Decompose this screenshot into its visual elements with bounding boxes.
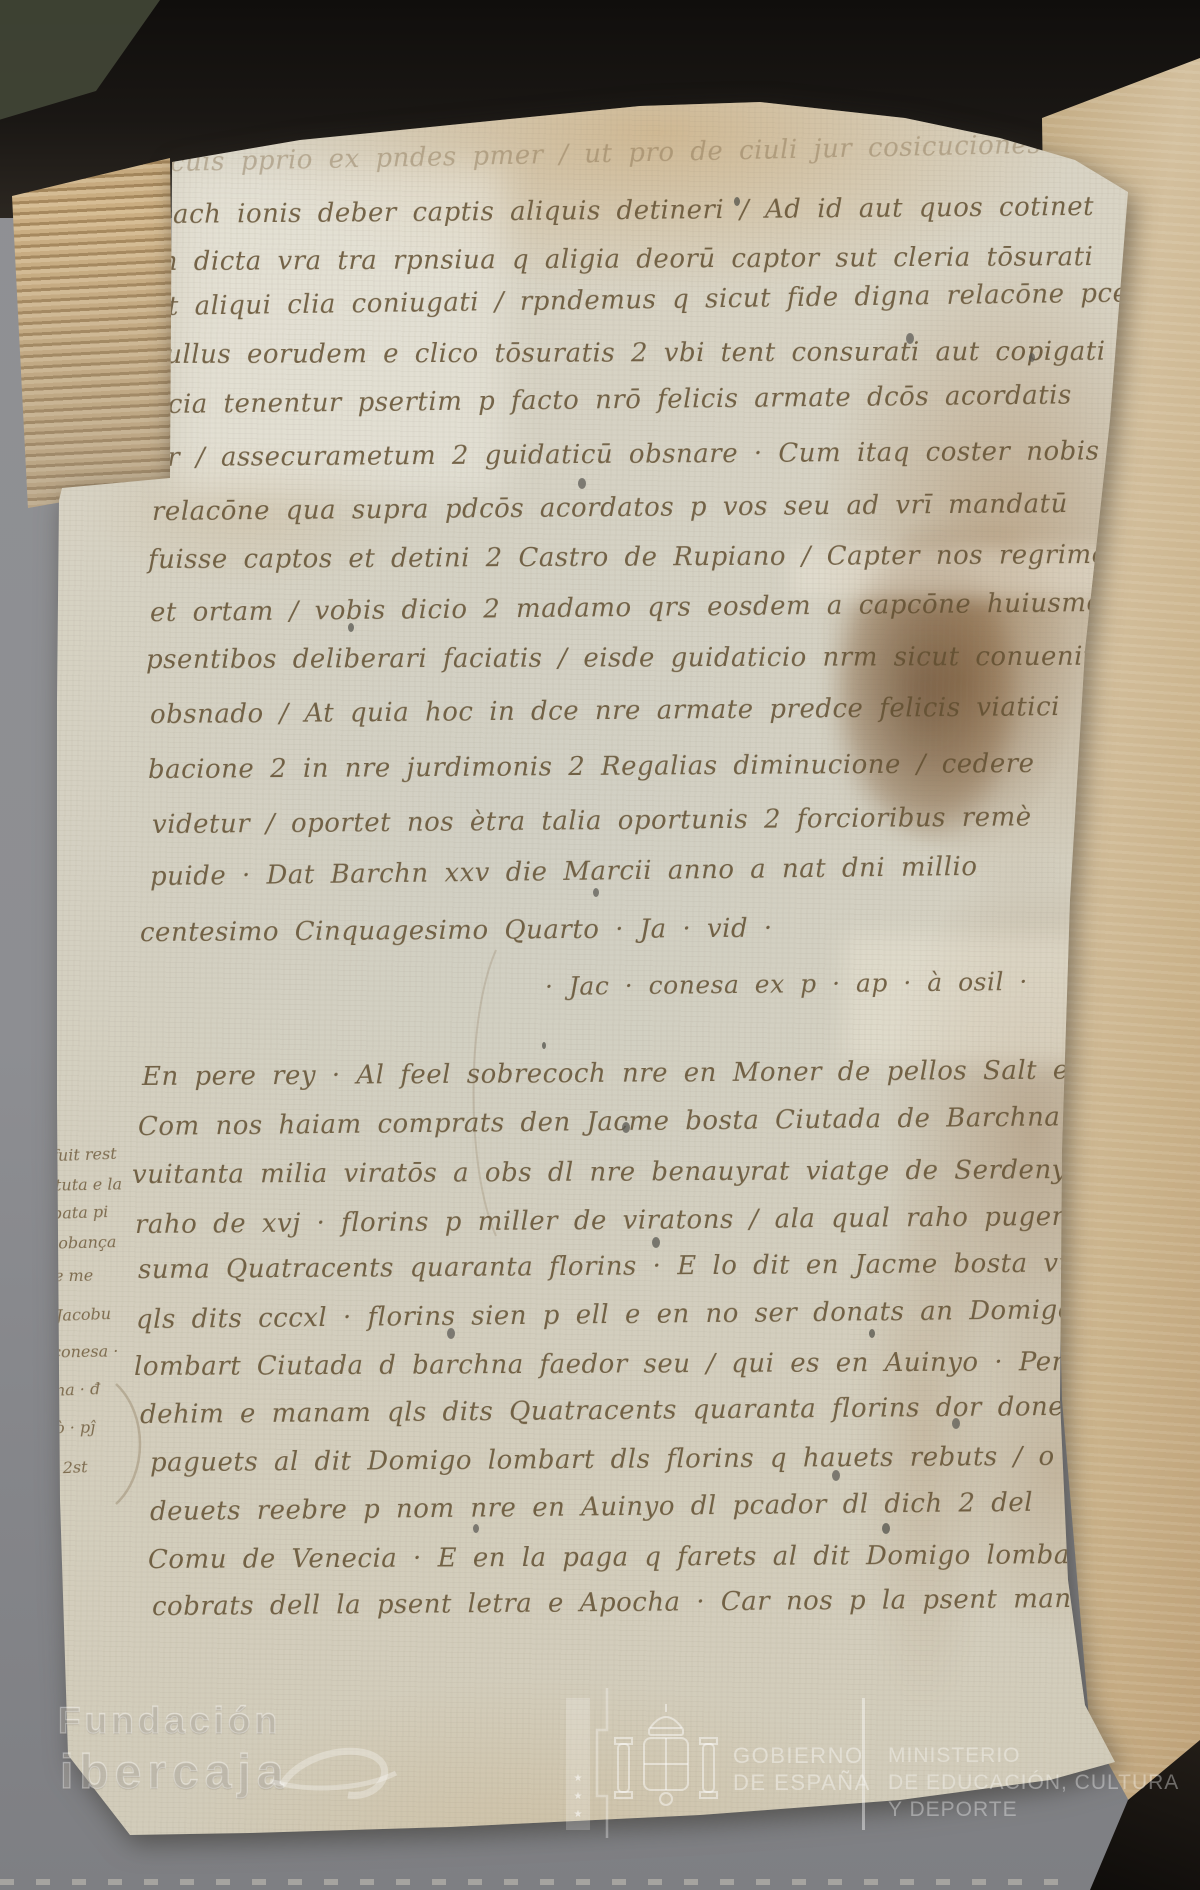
manuscript-line: vuitanta milia viratōs a obs dl nre bena… (132, 1155, 1115, 1190)
manuscript-line: centesimo Cinquagesimo Quarto · Ja · vid… (140, 914, 773, 948)
margin-note: bata pi (52, 1202, 109, 1223)
manuscript-line: lombart Ciutada d barchna faedor seu / q… (134, 1346, 1200, 1382)
manuscript-line: deuets reebre p nom nre en Auinyo dl pca… (150, 1488, 1033, 1527)
manuscript-line: videtur / oportet nos ètra talia oportun… (152, 802, 1032, 840)
film-edge-dashes (0, 1879, 1080, 1885)
manuscript-line: bacione 2 in nre jurdimonis 2 Regalias d… (148, 749, 1035, 785)
margin-note: ò · pĵ (55, 1418, 95, 1438)
manuscript-line: dehim e manam qls dits Quatracents quara… (140, 1391, 1121, 1430)
manuscript-line: qls dits cccxl · florins sien p ell e en… (136, 1295, 1074, 1335)
parchment-highlight (175, 165, 505, 495)
text-flourish (462, 948, 502, 1238)
manuscript-line: raho de xvj · florins p miller de virato… (135, 1201, 1118, 1240)
gobierno-line1: GOBIERNO (733, 1742, 871, 1769)
manuscript-line: cuis pprio ex pndes pmer / ut pro de ciu… (170, 130, 1042, 178)
star-icon: ★ (574, 1774, 583, 1784)
margin-note: ò 2st (48, 1457, 88, 1477)
manuscript-line: fuisse captos et detini 2 Castro de Rupi… (148, 540, 1108, 575)
manuscript-line: relacōne qua supra pdcōs acordatos p vos… (152, 489, 1068, 527)
manuscript-line: cobrats dell la psent letra e Apocha · C… (152, 1584, 1113, 1622)
margin-note: sobança (50, 1232, 117, 1253)
ministerio-watermark: MINISTERIO DE EDUCACIÓN, CULTURA Y DEPOR… (888, 1742, 1179, 1823)
manuscript-line: suma Quatracents quaranta florins · E lo… (138, 1248, 1110, 1285)
ibercaja-swoosh-icon (268, 1735, 398, 1820)
margin-note: tuta e la (55, 1174, 122, 1194)
stars-banner: ★ ★ ★ (566, 1698, 590, 1830)
margin-note: ma · đ (50, 1379, 101, 1400)
margin-note: conesa · (52, 1341, 119, 1361)
manuscript-line: En pere rey · Al feel sobrecoch nre en M… (142, 1055, 1131, 1092)
manuscript-photo-scene: cuis pprio ex pndes pmer / ut pro de ciu… (0, 0, 1200, 1890)
margin-brace-flourish (112, 1382, 152, 1506)
watermark-separator (862, 1698, 865, 1830)
margin-note: e me (54, 1266, 94, 1286)
margin-note: Jacobu (56, 1304, 112, 1325)
manuscript-line: puide · Dat Barchn xxv die Marcii anno a… (150, 852, 978, 892)
water-stain-dark (830, 540, 1020, 840)
ministerio-line2: DE EDUCACIÓN, CULTURA (888, 1769, 1179, 1796)
manuscript-line: In dicta vra tra rpnsiua q aligia deorū … (150, 242, 1094, 277)
repair-patch (845, 935, 1155, 1065)
manuscript-line: nullus eorudem e clico tōsuratis 2 vbi t… (148, 337, 1106, 370)
manuscript-line: obsnado / At quia hoc in dce nre armate … (150, 692, 1060, 730)
water-stain-faint (860, 1150, 990, 1710)
star-icon: ★ (574, 1792, 583, 1802)
manuscript-line: ecia tenentur psertim p facto nrō felici… (152, 380, 1072, 420)
scribe-signature: · Jac · conesa ex p · ap · à osil · (545, 967, 1028, 1001)
manuscript-line: psentibos deliberari faciatis / eisde gu… (146, 642, 1094, 675)
bracket-mark (592, 1686, 612, 1840)
manuscript-line: cach ionis deber captis aliquis detineri… (158, 192, 1094, 230)
manuscript-page: cuis pprio ex pndes pmer / ut pro de ciu… (0, 0, 1200, 1890)
gobierno-watermark: GOBIERNO DE ESPAÑA (733, 1742, 871, 1796)
spain-coat-of-arms-icon (612, 1702, 720, 1814)
ministerio-line3: Y DEPORTE (888, 1796, 1179, 1823)
margin-note: fuit rest (52, 1144, 117, 1165)
manuscript-page-wrap: cuis pprio ex pndes pmer / ut pro de ciu… (0, 0, 1200, 1890)
ink-spots (578, 478, 586, 489)
manuscript-line: paguets al dit Domigo lombart dls florin… (150, 1442, 1055, 1478)
gobierno-line2: DE ESPAÑA (733, 1769, 871, 1796)
manuscript-line: Comu de Venecia · E en la paga q farets … (148, 1540, 1094, 1575)
ibercaja-watermark-line2: ibercaja (60, 1745, 289, 1800)
manuscript-line: et ortam / vobis dicio 2 madamo qrs eosd… (150, 587, 1200, 628)
manuscript-line: nr / assecurametum 2 guidaticū obsnare ·… (150, 436, 1100, 473)
ministerio-line1: MINISTERIO (888, 1742, 1179, 1769)
manuscript-line: et aliqui clia coniugati / rpndemus q si… (152, 278, 1169, 322)
ibercaja-watermark-line1: Fundación (58, 1700, 281, 1742)
star-icon: ★ (574, 1810, 583, 1820)
repair-patch (790, 548, 1150, 598)
manuscript-line: Com nos haiam comprats den Jacme bosta C… (138, 1102, 1115, 1142)
